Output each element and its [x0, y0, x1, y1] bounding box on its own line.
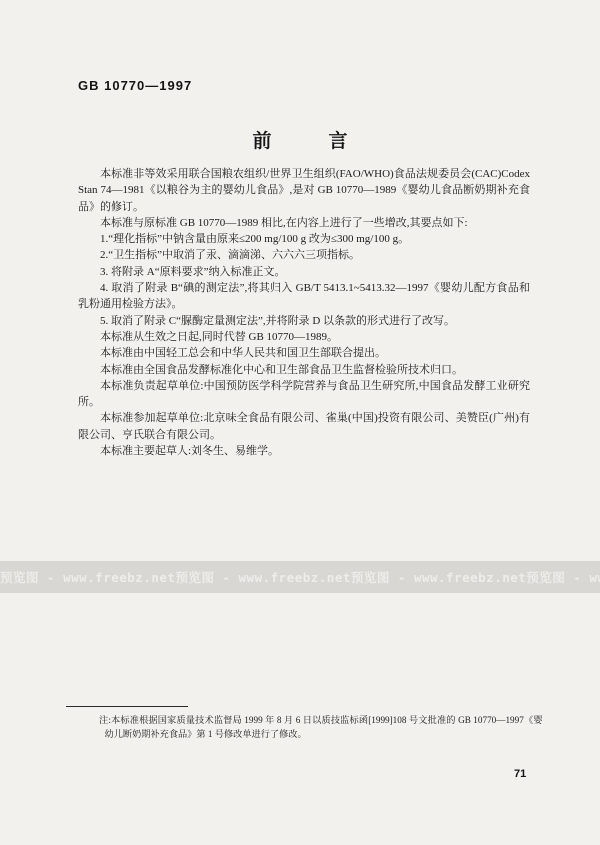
footnote-text: 注:本标准根据国家质量技术监督局 1999 年 8 月 6 日以质技监标函[19…: [99, 714, 543, 741]
scanned-standard-page: GB 10770—1997 前 言 本标准非等效采用联合国粮农组织/世界卫生组织…: [0, 0, 600, 845]
foreword-paragraph: 本标准与原标准 GB 10770—1989 相比,在内容上进行了一些增改,其要点…: [78, 215, 530, 231]
foreword-paragraph: 本标准由全国食品发酵标准化中心和卫生部食品卫生监督检验所技术归口。: [78, 362, 530, 378]
preview-watermark-band: 预览图 - www.freebz.net 预览图 - www.freebz.ne…: [0, 561, 600, 593]
footnote-divider: [66, 706, 188, 707]
foreword-list-item: 4. 取消了附录 B“碘的测定法”,将其归入 GB/T 5413.1~5413.…: [78, 280, 530, 313]
foreword-paragraph: 本标准从生效之日起,同时代替 GB 10770—1989。: [78, 329, 530, 345]
foreword-paragraph: 本标准非等效采用联合国粮农组织/世界卫生组织(FAO/WHO)食品法规委员会(C…: [78, 166, 530, 215]
foreword-paragraph: 本标准主要起草人:刘冬生、易维学。: [78, 443, 530, 459]
standard-code: GB 10770—1997: [78, 78, 192, 93]
foreword-body: 本标准非等效采用联合国粮农组织/世界卫生组织(FAO/WHO)食品法规委员会(C…: [78, 166, 530, 459]
foreword-list-item: 2.“卫生指标”中取消了汞、滴滴涕、六六六三项指标。: [78, 247, 530, 263]
foreword-list-item: 1.“理化指标”中钠含量由原来≤200 mg/100 g 改为≤300 mg/1…: [78, 231, 530, 247]
foreword-list-item: 5. 取消了附录 C“脲酶定量测定法”,并将附录 D 以条款的形式进行了改写。: [78, 313, 530, 329]
foreword-list-item: 3. 将附录 A“原料要求”纳入标准正文。: [78, 264, 530, 280]
watermark-text: 预览图 - www.freebz.net: [526, 568, 600, 586]
page-title: 前 言: [0, 126, 600, 153]
foreword-paragraph: 本标准由中国轻工总会和中华人民共和国卫生部联合提出。: [78, 345, 530, 361]
watermark-text: 预览图 - www.freebz.net: [351, 568, 526, 586]
foreword-paragraph: 本标准参加起草单位:北京味全食品有限公司、雀巢(中国)投资有限公司、美赞臣(广州…: [78, 410, 530, 443]
watermark-text: 预览图 - www.freebz.net: [175, 568, 350, 586]
page-number: 71: [514, 768, 526, 780]
foreword-paragraph: 本标准负责起草单位:中国预防医学科学院营养与食品卫生研究所,中国食品发酵工业研究…: [78, 378, 530, 411]
watermark-text: 预览图 - www.freebz.net: [0, 568, 175, 586]
